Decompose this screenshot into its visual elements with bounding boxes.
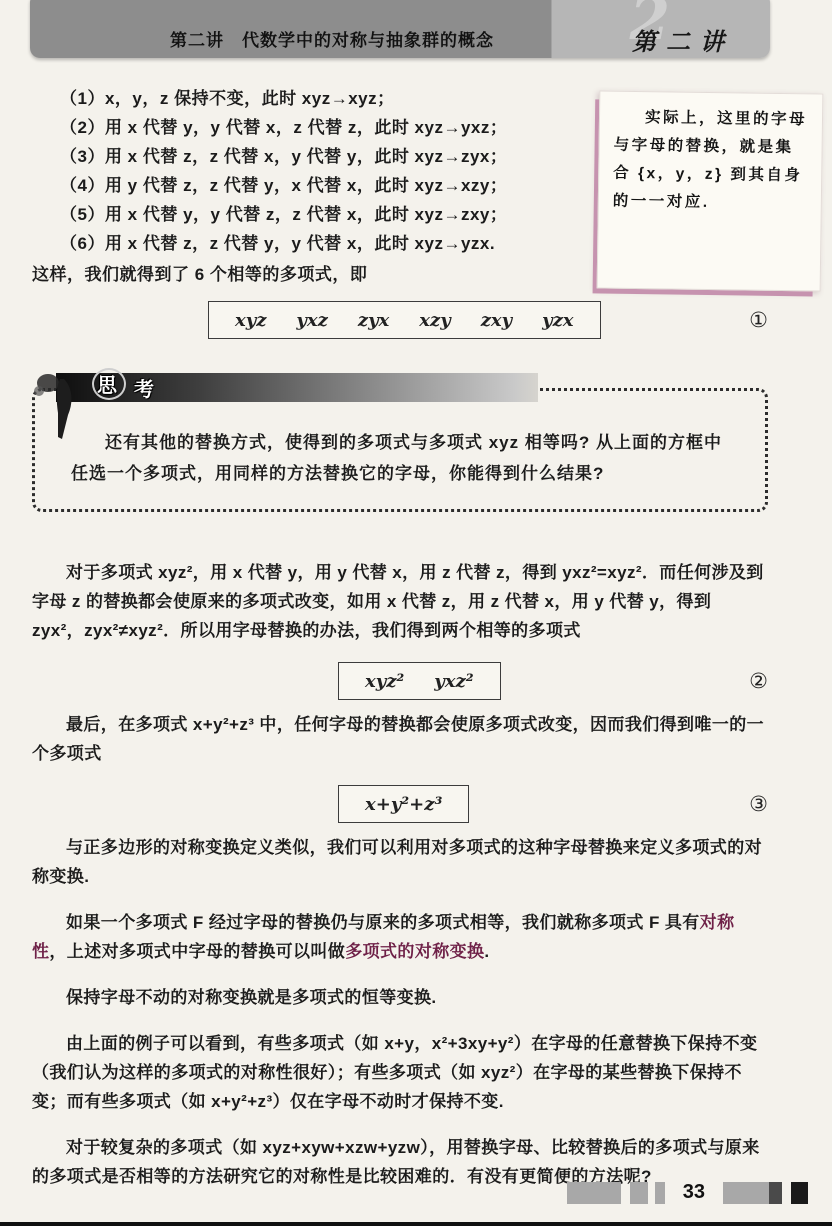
formula-row-3: x+y²+z³ ③ bbox=[32, 785, 768, 823]
substitution-line-1: （1）x，y，z 保持不变，此时 xyz→xyz； bbox=[32, 84, 768, 113]
footer-ornament-block bbox=[791, 1182, 808, 1204]
paragraph-identity-transform: 保持字母不动的对称变换就是多项式的恒等变换. bbox=[32, 983, 768, 1012]
page-number: 33 bbox=[683, 1181, 705, 1204]
page-bottom-rule bbox=[0, 1222, 832, 1226]
formula-box-3: x+y²+z³ bbox=[338, 785, 469, 823]
paragraph-examples: 由上面的例子可以看到，有些多项式（如 x+y，x²+3xy+y²）在字母的任意替… bbox=[32, 1029, 768, 1116]
pen-icon bbox=[34, 361, 86, 449]
paragraph-substitution-xyz2: 对于多项式 xyz²，用 x 代替 y，用 y 代替 x，用 z 代替 z，得到… bbox=[32, 558, 768, 645]
formula-box-1: xyzyxzzyxxzyzxyyzx bbox=[208, 301, 601, 339]
chapter-header-title: 第二讲 代数学中的对称与抽象群的概念 bbox=[170, 26, 494, 51]
footer-ornament-block bbox=[655, 1182, 665, 1204]
conclusion-line: 这样，我们就得到了 6 个相等的多项式，即 bbox=[32, 260, 768, 289]
formula-row-1: xyzyxzzyxxzyzxyyzx ① bbox=[32, 301, 768, 339]
think-section: 思 考 还有其他的替换方式，使得到的多项式与多项式 xyz 相等吗? 从上面的方… bbox=[32, 373, 768, 512]
chapter-badge: 2 第二讲 bbox=[552, 0, 742, 58]
page-footer: 33 bbox=[567, 1181, 808, 1204]
formula-tag-2: ② bbox=[749, 671, 768, 692]
footer-ornament-block bbox=[630, 1182, 648, 1204]
chapter-header-bar: 第二讲 代数学中的对称与抽象群的概念 2 第二讲 bbox=[30, 0, 770, 58]
think-question-text: 还有其他的替换方式，使得到的多项式与多项式 xyz 相等吗? 从上面的方框中任选… bbox=[71, 427, 735, 489]
substitution-line-4: （4）用 y 代替 z，z 代替 y，x 代替 x，此时 xyz→xzy； bbox=[32, 171, 768, 200]
main-content: （1）x，y，z 保持不变，此时 xyz→xyz； （2）用 x 代替 y，y … bbox=[32, 84, 768, 1208]
formula-box-2: xyz²yxz² bbox=[338, 662, 501, 700]
paragraph-definition-intro: 与正多边形的对称变换定义类似，我们可以利用对多项式的这种字母替换来定义多项式的对… bbox=[32, 833, 768, 891]
think-banner: 思 考 bbox=[56, 373, 538, 402]
think-dotted-box: 还有其他的替换方式，使得到的多项式与多项式 xyz 相等吗? 从上面的方框中任选… bbox=[32, 388, 768, 512]
substitution-line-5: （5）用 x 代替 y，y 代替 z，z 代替 x，此时 xyz→zxy； bbox=[32, 200, 768, 229]
think-label-char2: 考 bbox=[134, 373, 158, 402]
think-label-char1: 思 bbox=[92, 368, 126, 400]
formula-row-2: xyz²yxz² ② bbox=[32, 662, 768, 700]
paragraph-unique-polynomial: 最后，在多项式 x+y²+z³ 中，任何字母的替换都会使原多项式改变，因而我们得… bbox=[32, 710, 768, 768]
footer-ornament-block bbox=[769, 1182, 782, 1204]
footer-ornament-block bbox=[567, 1182, 621, 1204]
paragraph-symmetry-definition: 如果一个多项式 F 经过字母的替换仍与原来的多项式相等，我们就称多项式 F 具有… bbox=[32, 908, 768, 966]
chapter-badge-text: 第二讲 bbox=[632, 22, 734, 57]
substitution-line-2: （2）用 x 代替 y，y 代替 x，z 代替 z，此时 xyz→yxz； bbox=[32, 113, 768, 142]
formula-tag-1: ① bbox=[749, 310, 768, 331]
textbook-page: 第二讲 代数学中的对称与抽象群的概念 2 第二讲 实际上，这里的字母与字母的替换… bbox=[0, 0, 832, 1226]
substitution-line-3: （3）用 x 代替 z，z 代替 x，y 代替 y，此时 xyz→zyx； bbox=[32, 142, 768, 171]
footer-ornament-block bbox=[723, 1182, 769, 1204]
substitution-line-6: （6）用 x 代替 z，z 代替 y，y 代替 x，此时 xyz→yzx. bbox=[32, 229, 768, 258]
formula-tag-3: ③ bbox=[749, 794, 768, 815]
